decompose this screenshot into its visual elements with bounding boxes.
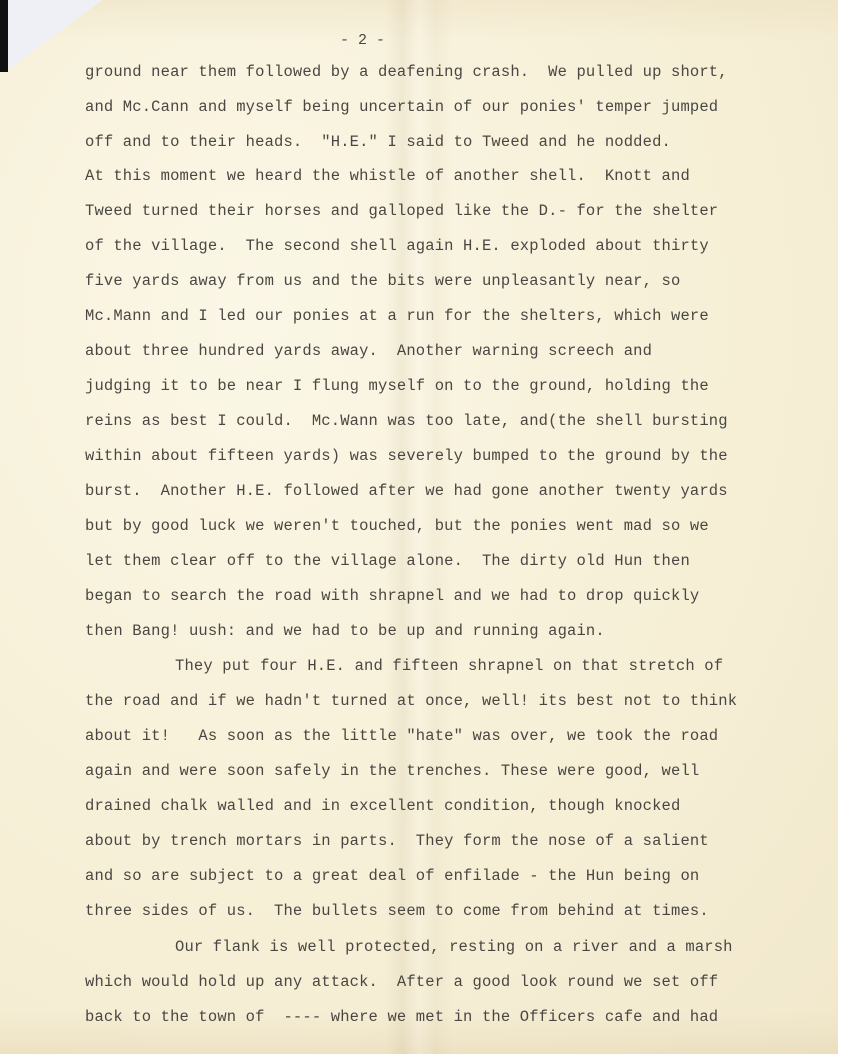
page-edge (838, 0, 850, 1054)
text-line: burst. Another H.E. followed after we ha… (85, 481, 728, 501)
text-line: within about fifteen yards) was severely… (85, 446, 728, 466)
text-line: and Mc.Cann and myself being uncertain o… (85, 97, 718, 117)
text-line: again and were soon safely in the trench… (85, 761, 699, 781)
text-line: ground near them followed by a deafening… (85, 62, 728, 82)
text-line: Mc.Mann and I led our ponies at a run fo… (85, 306, 709, 326)
text-line: which would hold up any attack. After a … (85, 972, 718, 992)
text-line: drained chalk walled and in excellent co… (85, 796, 680, 816)
text-line: At this moment we heard the whistle of a… (85, 166, 690, 186)
text-line: They put four H.E. and fifteen shrapnel … (175, 656, 723, 676)
text-line: three sides of us. The bullets seem to c… (85, 901, 709, 921)
text-line: then Bang! uush: and we had to be up and… (85, 621, 605, 641)
text-line: Tweed turned their horses and galloped l… (85, 201, 718, 221)
text-line: about three hundred yards away. Another … (85, 341, 652, 361)
text-line: began to search the road with shrapnel a… (85, 586, 699, 606)
text-line: five yards away from us and the bits wer… (85, 271, 680, 291)
text-line: off and to their heads. "H.E." I said to… (85, 132, 671, 152)
text-line: back to the town of ---- where we met in… (85, 1007, 718, 1027)
text-line: Our flank is well protected, resting on … (175, 937, 733, 957)
text-line: reins as best I could. Mc.Wann was too l… (85, 411, 728, 431)
text-line: about it! As soon as the little "hate" w… (85, 726, 718, 746)
text-line: about by trench mortars in parts. They f… (85, 831, 709, 851)
text-line: let them clear off to the village alone.… (85, 551, 690, 571)
page-number: - 2 - (340, 32, 385, 49)
text-line: and so are subject to a great deal of en… (85, 866, 699, 886)
text-line: judging it to be near I flung myself on … (85, 376, 709, 396)
folded-corner-shadow (0, 0, 8, 72)
text-line: but by good luck we weren't touched, but… (85, 516, 709, 536)
text-line: of the village. The second shell again H… (85, 236, 709, 256)
text-line: the road and if we hadn't turned at once… (85, 691, 737, 711)
